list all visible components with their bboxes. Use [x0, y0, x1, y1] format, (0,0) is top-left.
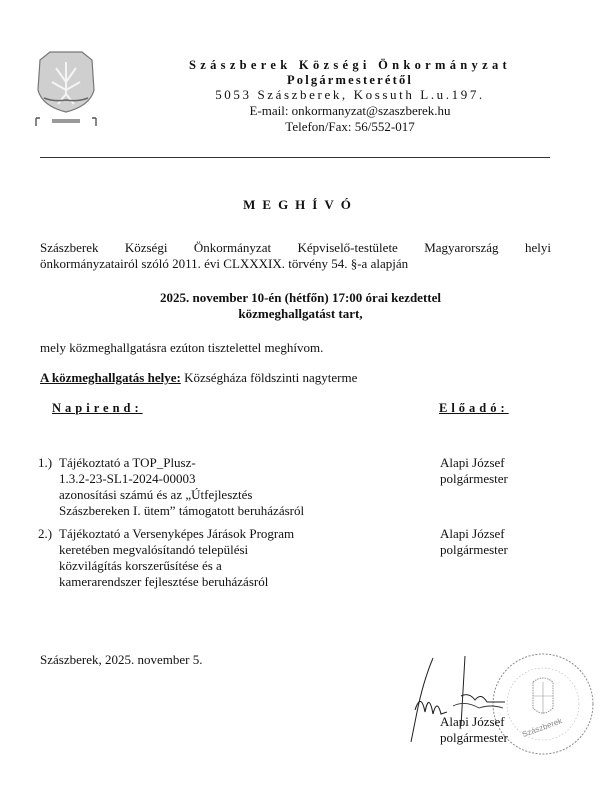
address: 5053 Szászberek, Kossuth L.u.197.: [150, 87, 550, 103]
event-date-time: 2025. november 10-én (hétfőn) 17:00 órai…: [0, 290, 601, 306]
agenda-item-line: azonosítási számú és az „Útfejlesztés: [59, 487, 359, 503]
header-divider: [40, 157, 550, 158]
document-title: MEGHÍVÓ: [0, 197, 601, 213]
intro-word: Szászberek: [40, 240, 98, 256]
phone-fax: Telefon/Fax: 56/552-017: [150, 119, 550, 135]
place-and-date: Szászberek, 2025. november 5.: [40, 652, 202, 668]
official-stamp-icon: Szászberek: [493, 654, 593, 754]
agenda-item-presenter: Alapi József polgármester: [440, 455, 508, 487]
presenter-name: Alapi József: [440, 526, 508, 542]
presenter-title: polgármester: [440, 542, 508, 558]
agenda-item-line: kamerarendszer fejlesztése beruházásról: [59, 574, 359, 590]
agenda-item-line: Szászbereken I. ütem” támogatott beruház…: [59, 503, 359, 519]
venue-label: A közmeghallgatás helye:: [40, 370, 181, 385]
event-type: közmeghallgatást tart,: [0, 306, 601, 322]
venue-value: Községháza földszinti nagyterme: [181, 370, 358, 385]
agenda-item-line: Tájékoztató a Versenyképes Járások Progr…: [59, 526, 359, 542]
agenda-item-presenter: Alapi József polgármester: [440, 526, 508, 558]
agenda-item-text: Tájékoztató a TOP_Plusz- 1.3.2-23-SL1-20…: [59, 455, 359, 519]
agenda-item-number: 1.): [38, 455, 52, 471]
agenda-item-line: közvilágítás korszerűsítése és a: [59, 558, 359, 574]
signer-title: polgármester: [440, 730, 508, 746]
sender-line: Polgármesterétől: [150, 72, 550, 88]
organization-name: Szászberek Községi Önkormányzat: [150, 57, 550, 73]
presenter-header: Előadó:: [439, 401, 509, 416]
agenda-item-text: Tájékoztató a Versenyképes Járások Progr…: [59, 526, 359, 590]
email: E-mail: onkormanyzat@szaszberek.hu: [150, 103, 550, 119]
intro-word: Önkormányzat: [194, 240, 271, 256]
agenda-item-line: keretében megvalósítandó települési: [59, 542, 359, 558]
agenda-item-line: Tájékoztató a TOP_Plusz-: [59, 455, 359, 471]
intro-line-1: Szászberek Községi Önkormányzat Képvisel…: [40, 240, 551, 256]
agenda-item-number: 2.): [38, 526, 52, 542]
intro-line-2: önkormányzatairól szóló 2011. évi CLXXXI…: [40, 256, 551, 272]
presenter-title: polgármester: [440, 471, 508, 487]
signer-name: Alapi József: [440, 714, 508, 730]
intro-word: helyi: [525, 240, 551, 256]
invitation-text: mely közmeghallgatásra ezúton tisztelett…: [40, 340, 323, 356]
intro-word: Képviselő-testülete: [297, 240, 397, 256]
svg-text:Szászberek: Szászberek: [521, 716, 564, 739]
agenda-item-line: 1.3.2-23-SL1-2024-00003: [59, 471, 359, 487]
intro-paragraph: Szászberek Községi Önkormányzat Képvisel…: [40, 240, 551, 272]
venue: A közmeghallgatás helye: Községháza föld…: [40, 370, 357, 386]
intro-word: Községi: [125, 240, 168, 256]
event-details: 2025. november 10-én (hétfőn) 17:00 órai…: [0, 290, 601, 322]
coat-of-arms-icon: [30, 46, 102, 130]
signer-block: Alapi József polgármester: [440, 714, 508, 746]
agenda-header: Napirend:: [52, 401, 143, 416]
intro-word: Magyarország: [424, 240, 498, 256]
presenter-name: Alapi József: [440, 455, 508, 471]
